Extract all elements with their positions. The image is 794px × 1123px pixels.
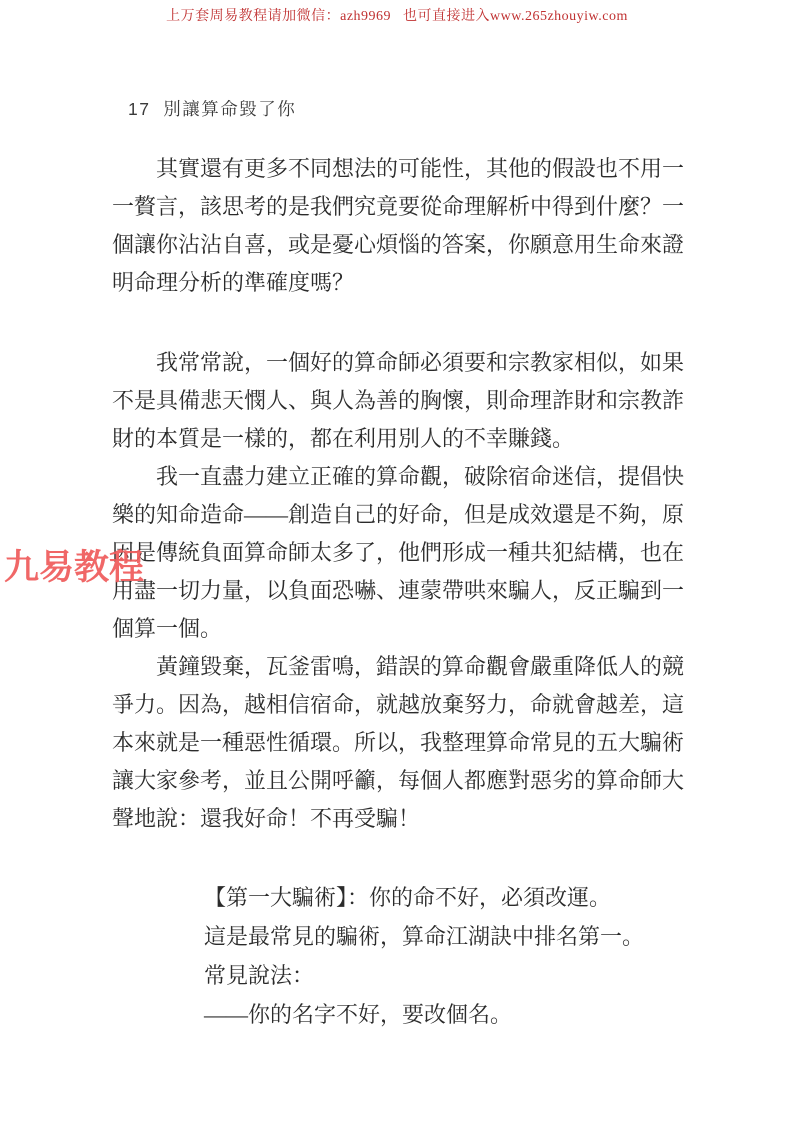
body-paragraph: 黃鐘毀棄，瓦釜雷鳴，錯誤的算命觀會嚴重降低人的競 爭力。因為，越相信宿命，就越放…	[112, 648, 688, 838]
promo-banner-text: 上万套周易教程请加微信：azh9969 也可直接进入www.265zhouyiw…	[0, 5, 794, 25]
body-paragraph: 我一直盡力建立正確的算命觀，破除宿命迷信，提倡快 樂的知命造命——創造自己的好命…	[112, 458, 688, 648]
body-paragraph: 我常常說，一個好的算命師必須要和宗教家相似，如果 不是具備悲天憫人、與人為善的胸…	[112, 344, 688, 458]
trick-list-section: 【第一大騙術】：你的命不好，必須改運。 這是最常見的騙術，算命江湖訣中排名第一。…	[204, 878, 688, 1034]
body-paragraph: 其實還有更多不同想法的可能性，其他的假設也不用一 一贅言，該思考的是我們究竟要從…	[112, 150, 688, 302]
running-head: 17 別讓算命毀了你	[128, 96, 296, 121]
body-content: 其實還有更多不同想法的可能性，其他的假設也不用一 一贅言，該思考的是我們究竟要從…	[112, 150, 688, 1034]
trick-heading: 【第一大騙術】：你的命不好，必須改運。	[204, 878, 688, 917]
trick-example-line: ——你的名字不好，要改個名。	[204, 995, 688, 1034]
trick-common-saying-label: 常見說法：	[204, 956, 688, 995]
trick-description: 這是最常見的騙術，算命江湖訣中排名第一。	[204, 917, 688, 956]
book-page: 上万套周易教程请加微信：azh9969 也可直接进入www.265zhouyiw…	[0, 0, 794, 1123]
